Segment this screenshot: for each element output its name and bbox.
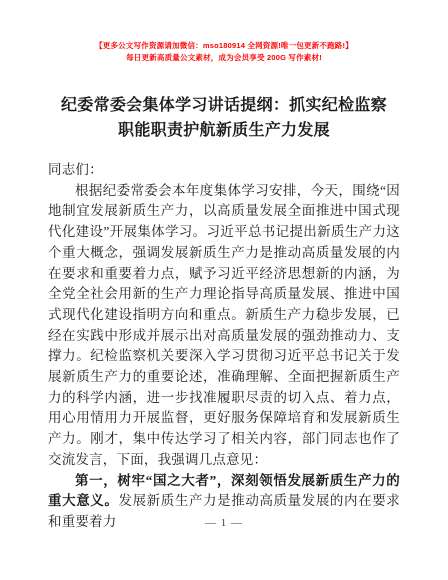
document-page: 【更多公文写作资源请加微信：mso180914 全网资源!唯一包更新不跑路!】 …	[0, 0, 448, 580]
document-title-line2: 职能职责护航新质生产力发展	[0, 119, 448, 144]
ad-banner-line1: 【更多公文写作资源请加微信：mso180914 全网资源!唯一包更新不跑路!】	[0, 40, 448, 52]
page-number: — 1 —	[0, 517, 448, 529]
salutation: 同志们：	[48, 160, 400, 181]
ad-banner-line2: 每日更新高质量公文素材，成为会员享受 200G 写作素材!	[0, 52, 448, 64]
paragraph-1: 根据纪委常委会本年度集体学习安排，今天，围绕“因地制宜发展新质生产力，以高质量发…	[48, 181, 400, 471]
ad-banner: 【更多公文写作资源请加微信：mso180914 全网资源!唯一包更新不跑路!】 …	[0, 40, 448, 64]
document-body: 同志们： 根据纪委常委会本年度集体学习安排，今天，围绕“因地制宜发展新质生产力，…	[48, 160, 400, 533]
document-title-line1: 纪委常委会集体学习讲话提纲：抓实纪检监察	[0, 94, 448, 119]
document-title: 纪委常委会集体学习讲话提纲：抓实纪检监察 职能职责护航新质生产力发展	[0, 94, 448, 143]
